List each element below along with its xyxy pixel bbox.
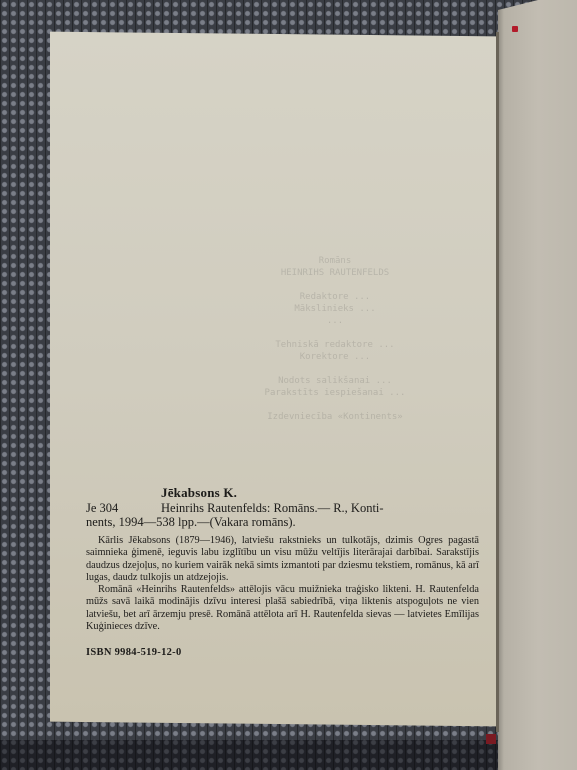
catalog-card: Jēkabsons K. Je 304Heinrihs Rautenfelds:… (86, 485, 479, 658)
red-book-edge-bottom (486, 734, 496, 744)
author-heading: Jēkabsons K. (161, 485, 479, 501)
bibliographic-entry: Je 304Heinrihs Rautenfelds: Romāns.— R.,… (86, 501, 479, 529)
annotation: Kārlis Jēkabsons (1879—1946), latviešu r… (86, 535, 479, 633)
annotation-paragraph-2: Romānā «Heinrihs Rautenfelds» attēlojis … (86, 584, 479, 633)
bibliographic-line-1: Heinrihs Rautenfelds: Romāns.— R., Konti… (161, 501, 384, 515)
bibliographic-line-2: nents, 1994—538 lpp.—(Vakara romāns). (86, 515, 296, 529)
next-page-edge (498, 0, 577, 770)
isbn: ISBN 9984-519-12-0 (86, 647, 479, 658)
bleed-through-text: Romāns HEINRIHS RAUTENFELDS Redaktore ..… (240, 255, 430, 435)
page-gutter (496, 32, 499, 732)
textile-background-shadow (0, 740, 577, 770)
red-book-edge-top (512, 26, 518, 32)
call-number: Je 304 (86, 501, 161, 515)
annotation-paragraph-1: Kārlis Jēkabsons (1879—1946), latviešu r… (86, 535, 479, 584)
